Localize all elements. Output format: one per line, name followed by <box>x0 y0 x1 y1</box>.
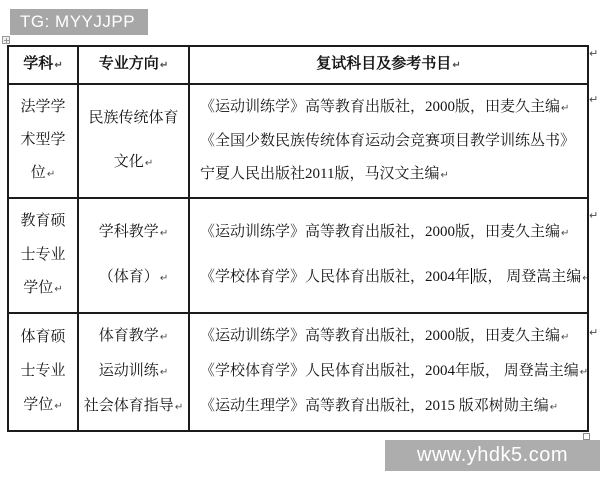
row1-subject-line: 位 <box>31 165 46 181</box>
row3-subject-line: 体育硕 <box>20 329 65 345</box>
tg-banner: TG: MYYJJPP <box>10 9 148 35</box>
row2-books-cell[interactable]: 《运动训练学》高等教育出版社，2000版，田麦久主编↵ 《学校体育学》人民体育出… <box>190 199 587 314</box>
row1-subject-cell: 法学学 术型学 位↵ <box>9 85 79 199</box>
reference-books-table: 学科↵ 专业方向↵ 复试科目及参考书目↵ 法学学 术型学 位↵ 民族传统体育 文… <box>7 45 589 432</box>
pilcrow-icon: ↵ <box>160 367 168 378</box>
table-move-handle-icon[interactable] <box>2 36 10 44</box>
pilcrow-icon: ↵ <box>589 93 598 106</box>
row3-direction-line: 社会体育指导 <box>84 398 174 414</box>
pilcrow-icon: ↵ <box>160 332 168 343</box>
pilcrow-icon: ↵ <box>54 284 62 295</box>
header-direction-label: 专业方向 <box>99 56 159 72</box>
header-cell-direction: 专业方向↵ <box>79 47 190 85</box>
row2-subject-line: 学位 <box>23 280 53 296</box>
row1-book-line: 《运动训练学》高等教育出版社，2000版，田麦久主编 <box>200 99 560 115</box>
pilcrow-icon: ↵ <box>561 228 569 239</box>
row3-direction-line: 体育教学 <box>99 328 159 344</box>
pilcrow-icon: ↵ <box>440 170 448 181</box>
row3-book-line: 《运动训练学》高等教育出版社，2000版，田麦久主编 <box>200 328 560 344</box>
pilcrow-icon: ↵ <box>561 332 569 343</box>
header-books-label: 复试科目及参考书目 <box>316 56 451 72</box>
row2-subject-line: 士专业 <box>20 247 65 263</box>
row3-direction-line: 运动训练 <box>99 363 159 379</box>
pilcrow-icon: ↵ <box>589 326 598 339</box>
pilcrow-icon: ↵ <box>145 158 153 169</box>
pilcrow-icon: ↵ <box>54 401 62 412</box>
pilcrow-icon: ↵ <box>160 60 168 71</box>
pilcrow-icon: ↵ <box>452 60 460 71</box>
row3-direction-cell: 体育教学↵ 运动训练↵ 社会体育指导↵ <box>79 314 190 430</box>
pilcrow-icon: ↵ <box>160 228 168 239</box>
row2-direction-line: 学科教学 <box>99 224 159 240</box>
row1-subject-line: 术型学 <box>20 132 65 148</box>
pilcrow-icon: ↵ <box>561 103 569 114</box>
row1-books-cell: 《运动训练学》高等教育出版社，2000版，田麦久主编↵ 《全国少数民族传统体育运… <box>190 85 587 199</box>
row3-subject-line: 学位 <box>23 397 53 413</box>
row1-book-line: 宁夏人民出版社2011版，马汉文主编 <box>200 166 439 182</box>
watermark-text: www.yhdk5.com <box>417 444 568 466</box>
pilcrow-icon: ↵ <box>589 47 598 60</box>
row1-direction-line: 文化 <box>114 154 144 170</box>
row2-subject-line: 教育硕 <box>20 213 65 229</box>
pilcrow-icon: ↵ <box>582 273 587 284</box>
header-cell-books: 复试科目及参考书目↵ <box>190 47 587 85</box>
row2-book-line: 《运动训练学》高等教育出版社，2000版，田麦久主编 <box>200 224 560 240</box>
pilcrow-icon: ↵ <box>160 273 168 284</box>
pilcrow-icon: ↵ <box>175 402 183 413</box>
row3-subject-line: 士专业 <box>20 363 65 379</box>
row2-book-line-pre-cursor: 《学校体育学》人民体育出版社，2004年 <box>200 269 470 285</box>
row2-direction-cell: 学科教学↵ （体育）↵ <box>79 199 190 314</box>
row1-subject-line: 法学学 <box>20 99 65 115</box>
row1-book-line: 《全国少数民族传统体育运动会竞赛项目教学训练丛书》 <box>200 133 575 149</box>
header-subject-label: 学科 <box>23 56 53 72</box>
tg-banner-text: TG: MYYJJPP <box>20 12 135 31</box>
row3-subject-cell: 体育硕 士专业 学位↵ <box>9 314 79 430</box>
row2-subject-cell: 教育硕 士专业 学位↵ <box>9 199 79 314</box>
row1-direction-cell: 民族传统体育 文化↵ <box>79 85 190 199</box>
pilcrow-icon: ↵ <box>580 367 587 378</box>
row3-books-cell: 《运动训练学》高等教育出版社，2000版，田麦久主编↵ 《学校体育学》人民体育出… <box>190 314 587 430</box>
header-cell-subject: 学科↵ <box>9 47 79 85</box>
table-resize-handle-icon[interactable] <box>583 433 590 440</box>
pilcrow-icon: ↵ <box>550 402 558 413</box>
pilcrow-icon: ↵ <box>54 60 62 71</box>
row1-direction-line: 民族传统体育 <box>88 110 178 126</box>
row2-book-line-post-cursor: 版， 周登嵩主编 <box>473 269 582 285</box>
pilcrow-icon: ↵ <box>47 169 55 180</box>
row3-book-line: 《运动生理学》高等教育出版社，2015 版邓树勋主编 <box>200 398 549 414</box>
row2-direction-line: （体育） <box>99 269 159 285</box>
watermark-banner: www.yhdk5.com <box>385 440 600 471</box>
row3-book-line: 《学校体育学》人民体育出版社，2004年版， 周登嵩主编 <box>200 363 579 379</box>
pilcrow-icon: ↵ <box>589 209 598 222</box>
